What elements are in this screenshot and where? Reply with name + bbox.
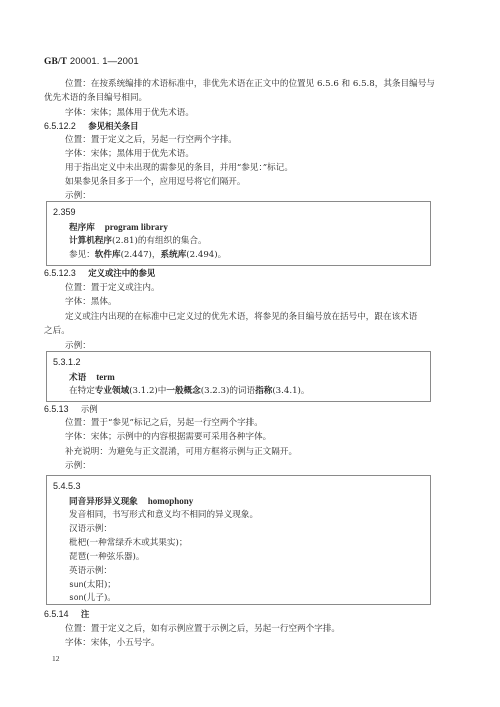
gloss: (太阳)； [83,580,116,590]
section-heading: 6.5.14 注 [44,609,89,620]
example-term: 程序库program library [69,222,168,234]
ref-term: 软件库 [95,250,121,260]
section-number: 6.5.12.2 [44,121,76,132]
paragraph-line: 用于指出定义中未出现的需参见的条目，并用“参见：”标记。 [65,163,293,174]
paragraph-line: 字体：宋体；示例中的内容根据需要可采用各种字体。 [65,432,271,443]
ref-term: 计算机程序 [69,236,112,246]
paragraph-line: 字体：宋体；黑体用于优先术语。 [65,108,194,119]
section-number: 6.5.13 [44,404,68,415]
ref-number: (3.4.1)。 [272,386,309,396]
paragraph-line: 定义或注内出现的在标准中已定义过的优先术语，将参见的条目编号放在括号中，跟在该术… [65,312,417,323]
paragraph-line: 示例： [65,461,91,472]
paragraph-line: 优先术语的条目编号相同。 [44,93,147,104]
example-box: 5.3.1.2 术语term 在特定专业领域(3.1.2)中一般概念(3.2.3… [46,351,431,402]
page-number: 12 [52,654,60,663]
term-zh: 程序库 [69,223,95,233]
paragraph-line: 之后。 [44,326,70,337]
example-term: 同音异形异义现象homophony [69,496,193,508]
example-entry-number: 2.359 [53,207,76,218]
example-term: 术语term [69,372,115,384]
example-box: 5.4.5.3 同音异形异义现象homophony 发音相同，书写形式和意义均不… [46,475,431,605]
paragraph-line: 字体：宋体，小五号字。 [65,638,160,649]
section-number: 6.5.14 [44,609,68,620]
ref-term: 一般概念 [166,386,200,396]
section-title: 定义或注中的参见 [88,268,155,278]
section-heading: 6.5.12.3 定义或注中的参见 [44,268,155,279]
section-title: 注 [81,609,89,619]
example-definition: 计算机程序(2.81)的有组织的集合。 [69,236,207,247]
paragraph-line: 位置：置于定义之后，另起一行空两个字排。 [65,135,237,146]
section-title: 示例 [81,404,98,414]
ref-term: 专业领域 [95,386,129,396]
term-zh: 术语 [69,373,86,383]
example-line: 汉语示例： [69,524,112,535]
paragraph-line: 如果参见条目多于一个，应用逗号将它们隔开。 [65,177,245,188]
example-entry-number: 5.3.1.2 [53,357,81,368]
english-word: son [69,594,83,603]
definition-text: 在特定 [69,386,95,396]
ref-number: (3.1.2)中 [129,386,166,396]
paragraph-line: 位置：在按系统编排的术语标准中，非优先术语在正文中的位置见 6.5.6 和 6.… [65,79,435,90]
term-zh: 同音异形异义现象 [69,497,138,507]
paragraph-line: 位置：置于定义之后，如有示例应置于示例之后，另起一行空两个字排。 [65,624,340,635]
see-label: 参见： [69,250,95,260]
definition-text: (2.81)的有组织的集合。 [112,236,207,246]
example-see-also: 参见：软件库(2.447)，系统库(2.494)。 [69,250,226,261]
standard-code: GB/T [44,57,67,67]
ref-term: 指称 [255,386,272,396]
term-en: term [96,372,114,382]
section-heading: 6.5.12.2 参见相关条目 [44,121,139,132]
section-heading: 6.5.13 示例 [44,404,98,415]
ref-number: (2.494)。 [186,250,226,260]
english-example: son(儿子)。 [69,593,116,604]
example-line: 发音相同，书写形式和意义均不相同的异义现象。 [69,510,258,521]
paragraph-line: 字体：宋体；黑体用于优先术语。 [65,149,194,160]
term-en: homophony [148,496,194,506]
paragraph-line: 位置：置于“参见”标记之后，另起一行空两个字排。 [65,418,263,429]
ref-term: 系统库 [161,250,187,260]
gloss: (儿子)。 [83,593,116,603]
paragraph-line: 字体：黑体。 [65,297,117,308]
ref-number: (3.2.3)的词语 [201,386,255,396]
standard-number: 20001. 1—2001 [70,56,139,67]
section-number: 6.5.12.3 [44,268,76,279]
example-line: 英语示例： [69,566,112,577]
example-box: 2.359 程序库program library 计算机程序(2.81)的有组织… [46,201,431,266]
paragraph-line: 补充说明：为避免与正文混淆，可用方框将示例与正文隔开。 [65,447,297,458]
example-line: 枇杷(一种常绿乔木或其果实)； [69,538,187,549]
example-line: 琵琶(一种弦乐器)。 [69,552,144,563]
document-header: GB/T 20001. 1—2001 [44,56,139,67]
example-entry-number: 5.4.5.3 [53,481,81,492]
english-word: sun [69,581,83,590]
ref-number: (2.447)， [121,250,161,260]
section-title: 参见相关条目 [88,121,138,131]
paragraph-line: 位置：置于定义或注内。 [65,283,160,294]
term-en: program library [105,222,168,232]
english-example: sun(太阳)； [69,580,116,591]
example-definition: 在特定专业领域(3.1.2)中一般概念(3.2.3)的词语指称(3.4.1)。 [69,386,309,397]
